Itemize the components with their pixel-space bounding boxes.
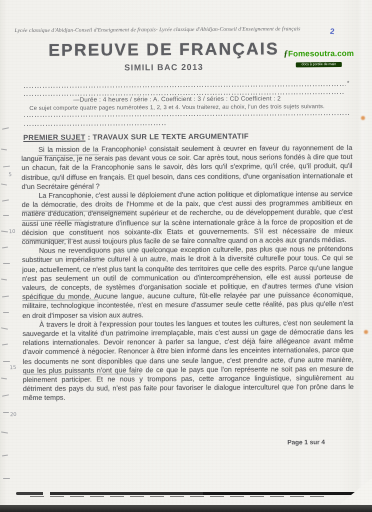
scanned-exam-page: 2 Lycée classique d'Abidjan-Conseil d'En…: [0, 0, 372, 512]
pen-mark: [3, 263, 10, 264]
stain-mark: [364, 330, 368, 334]
logo-name: Fomesoutra.com: [288, 49, 354, 58]
pen-underline-mark: [22, 239, 76, 240]
fomesoutra-logo: ƒFomesoutra.com docs à portée de main: [283, 43, 355, 67]
scan-bottom-edge: [0, 505, 372, 512]
exam-pages-note: Ce sujet comporte quatre pages numérotée…: [0, 104, 355, 112]
pen-mark: [3, 215, 9, 216]
exam-text-paragraph: Si la mission de la Francophonie¹ consis…: [21, 144, 352, 192]
exam-text-paragraph: Nous ne revendiquons pas une quelconque …: [22, 245, 353, 321]
pen-underline-mark: [22, 211, 134, 212]
pen-mark: [3, 312, 9, 313]
scan-shadow-line: [30, 496, 330, 497]
pen-underline-mark: [23, 374, 141, 375]
pen-mark: [3, 361, 10, 362]
logo-tagline: docs à portée de main: [296, 62, 342, 67]
stain-mark: [361, 116, 365, 120]
margin-line-number: 10: [9, 229, 16, 235]
dotted-separator-star: *: [347, 81, 349, 87]
school-header-line: Lycée classique d'Abidjan-Conseil d'Ense…: [15, 26, 320, 34]
margin-line-number: 15: [10, 365, 17, 371]
dotted-separator: [24, 124, 166, 126]
page-title: EPREUVE DE FRANÇAIS: [0, 39, 329, 61]
margin-line-number: 5: [8, 172, 11, 178]
dotted-separator: [24, 85, 346, 88]
margin-line-number: 20: [10, 412, 17, 418]
exam-text-paragraph: À travers le droit à l'expression pour t…: [22, 319, 353, 404]
exam-duration-line: —Durée : 4 heures / série : A. Coefficie…: [0, 95, 355, 104]
pen-mark: [3, 412, 9, 413]
dotted-separator: [24, 114, 349, 117]
scan-shadow-line: [16, 492, 356, 495]
section-heading-rest: : TRAVAUX SUR LE TEXTE ARGUMENTATIF: [85, 132, 248, 142]
exam-text: Si la mission de la Francophonie¹ consis…: [21, 144, 354, 404]
pen-mark: [3, 478, 10, 479]
section-heading: PREMIER SUJET : TRAVAUX SUR LE TEXTE ARG…: [23, 131, 353, 142]
page-footer-label: Page 1 sur 4: [261, 439, 351, 447]
section-heading-underlined: PREMIER SUJET: [23, 133, 85, 142]
page-subtitle: SIMILI BAC 2013: [0, 61, 329, 73]
